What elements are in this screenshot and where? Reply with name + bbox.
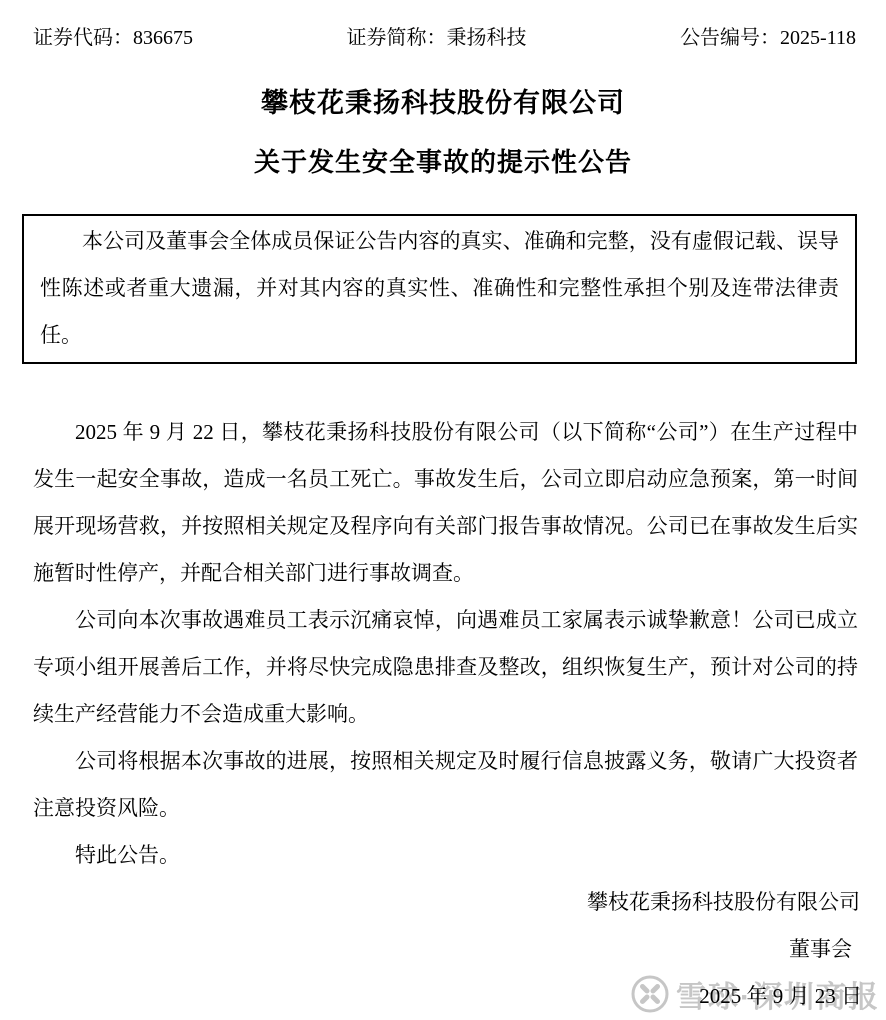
closing-paragraph: 特此公告。 bbox=[33, 832, 858, 879]
announcement-number: 公告编号：2025-118 bbox=[680, 26, 856, 50]
body-paragraph-1: 2025 年 9 月 22 日，攀枝花秉扬科技股份有限公司（以下简称“公司”）在… bbox=[33, 409, 858, 597]
document-body: 2025 年 9 月 22 日，攀枝花秉扬科技股份有限公司（以下简称“公司”）在… bbox=[33, 409, 858, 879]
signature-board: 董事会 bbox=[33, 926, 862, 973]
announcement-document: 证券代码：836675 证券简称：秉扬科技 公告编号：2025-118 攀枝花秉… bbox=[0, 0, 886, 1020]
signature-company: 攀枝花秉扬科技股份有限公司 bbox=[33, 879, 862, 926]
disclaimer-box: 本公司及董事会全体成员保证公告内容的真实、准确和完整，没有虚假记载、误导性陈述或… bbox=[22, 214, 857, 364]
document-header: 证券代码：836675 证券简称：秉扬科技 公告编号：2025-118 bbox=[0, 0, 886, 50]
announcement-title: 关于发生安全事故的提示性公告 bbox=[0, 146, 886, 178]
company-title: 攀枝花秉扬科技股份有限公司 bbox=[0, 86, 886, 120]
body-paragraph-2: 公司向本次事故遇难员工表示沉痛哀悼，向遇难员工家属表示诚挚歉意！公司已成立专项小… bbox=[33, 597, 858, 738]
stock-name: 证券简称：秉扬科技 bbox=[347, 26, 527, 50]
stock-code: 证券代码：836675 bbox=[33, 26, 193, 50]
signature-block: 攀枝花秉扬科技股份有限公司 董事会 2025 年 9 月 23 日 bbox=[33, 879, 862, 1020]
body-paragraph-3: 公司将根据本次事故的进展，按照相关规定及时履行信息披露义务，敬请广大投资者注意投… bbox=[33, 738, 858, 832]
disclaimer-text: 本公司及董事会全体成员保证公告内容的真实、准确和完整，没有虚假记载、误导性陈述或… bbox=[40, 218, 839, 359]
signature-date: 2025 年 9 月 23 日 bbox=[33, 973, 862, 1020]
